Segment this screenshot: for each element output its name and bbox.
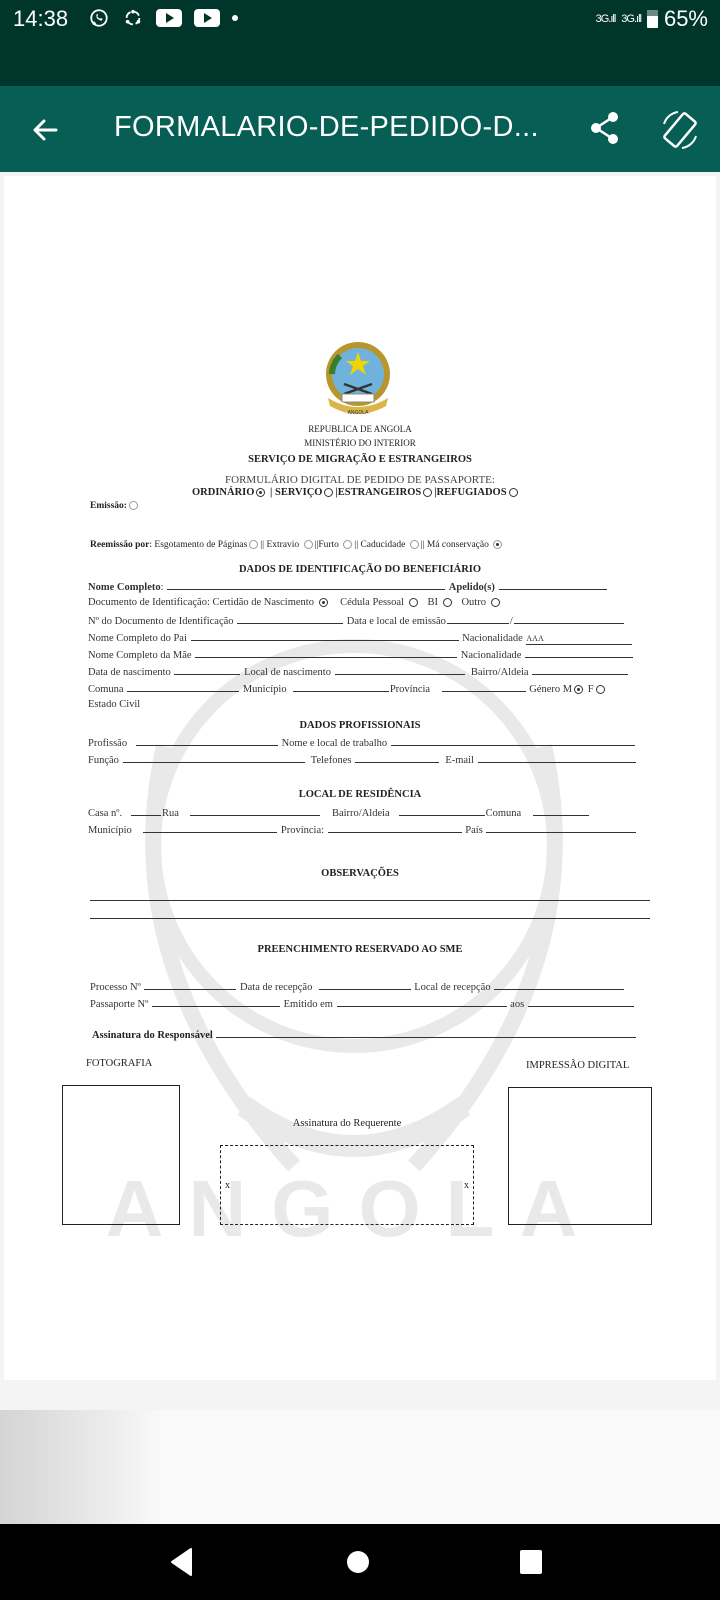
passport-type-row: ORDINÁRIO | SERVIÇO|ESTRANGEIROS|REFUGIA… [192,487,520,498]
status-bar: 14:38 3G.ıll 3G.ıll 65% [0,0,720,86]
youtube-icon [156,9,182,27]
reemission-row: Reemissão por: Esgotamento de Páginas|| … [90,540,504,550]
sync-icon [122,8,144,28]
workplace-label: Nome e local de trabalho [282,738,388,749]
birth-row: Data de nascimento Local de nascimento B… [88,665,629,678]
viewer-bottom-area [0,1410,720,1524]
civil-status-label: Estado Civil [88,699,140,710]
youtube-icon [194,9,220,27]
res-bairro-label: Bairro/Aldeia [332,808,390,819]
app-bar: FORMALARIO-DE-PEDIDO-D... [0,86,720,172]
signature-marker-left: x [225,1180,230,1191]
emission-row: Emissão: [90,501,140,511]
issued-in-field[interactable] [337,997,507,1007]
reemission-label: Reemissão por [90,540,149,550]
street-label: Rua [162,808,179,819]
res-comuna-label: Comuna [486,808,522,819]
on-label: aos [510,999,524,1010]
applicant-signature-box[interactable]: x x [220,1145,474,1225]
fingerprint-box[interactable] [508,1087,652,1225]
comuna-field[interactable] [127,682,239,692]
mother-field[interactable] [195,648,457,658]
observations-line-1[interactable] [90,900,650,901]
comuna-label: Comuna [88,684,124,695]
radio-gender-f[interactable] [596,685,605,694]
radio-ma-conservacao[interactable] [493,540,502,549]
ministry-heading: MINISTÉRIO DO INTERIOR [4,438,716,448]
back-triangle-icon[interactable] [168,1546,196,1578]
reception-place-field[interactable] [494,980,624,990]
nationality-label: Nacionalidade [462,633,523,644]
comuna-row: Comuna Município Província Género M F [88,682,607,695]
father-field[interactable] [191,631,459,641]
radio-furto[interactable] [343,540,352,549]
signature-marker-right: x [464,1180,469,1191]
radio-extravio[interactable] [304,540,313,549]
house-field[interactable] [131,806,161,816]
radio-emission[interactable] [129,501,138,510]
reception-place-label: Local de recepção [414,982,490,993]
bairro-label: Bairro/Aldeia [471,667,529,678]
gender-m-label: M [563,684,572,695]
email-field[interactable] [478,753,636,763]
passport-no-field[interactable] [152,997,280,1007]
applicant-signature-label: Assinatura do Requerente [220,1118,474,1129]
status-right: 3G.ıll 3G.ıll 65% [596,6,708,32]
notification-icons [88,8,238,28]
address-row: Casa nº. Rua Bairro/Aldeia Comuna [88,806,590,819]
gender-f-label: F [588,684,594,695]
father-label: Nome Completo do Pai [88,633,187,644]
profession-label: Profissão [88,738,127,749]
responsible-signature-label: Assinatura do Responsável [92,1030,213,1041]
nationality-label: Nacionalidade [461,650,522,661]
battery-icon [647,10,658,28]
on-field[interactable] [528,997,634,1007]
id-number-field[interactable] [237,614,343,624]
service-heading: SERVIÇO DE MIGRAÇÃO E ESTRANGEIROS [4,454,716,465]
radio-refugiados[interactable] [509,488,518,497]
observations-line-2[interactable] [90,918,650,919]
radio-estrangeiros[interactable] [423,488,432,497]
res-municipio-label: Município [88,825,132,836]
full-name-label: Nome Completo [88,582,161,593]
angola-emblem-icon: ANGOLA [320,338,396,422]
res-provincia-field[interactable] [328,823,462,833]
birth-place-field[interactable] [335,665,465,675]
function-label: Função [88,755,119,766]
pdf-viewer[interactable]: ANGOLA ANGOLA REPUBLICA DE ANGOLA MINIST… [0,172,720,1410]
surname-label: Apelido(s) [449,582,495,593]
pdf-page[interactable]: ANGOLA ANGOLA REPUBLICA DE ANGOLA MINIST… [4,176,716,1380]
phones-label: Telefones [311,755,352,766]
home-circle-icon[interactable] [346,1546,370,1578]
reception-date-field[interactable] [319,980,411,990]
passport-type-refugiados: |REFUGIADOS [434,487,506,498]
birth-place-label: Local de nascimento [244,667,331,678]
radio-birth-certificate[interactable] [319,598,328,607]
radio-cedula[interactable] [409,598,418,607]
profession-row: Profissão Nome e local de trabalho [88,736,636,749]
reception-date-label: Data de recepção [240,982,312,993]
recents-square-icon[interactable] [518,1546,544,1578]
country-field[interactable] [486,823,636,833]
process-field[interactable] [144,980,236,990]
radio-caducidade[interactable] [410,540,419,549]
mother-label: Nome Completo da Mãe [88,650,192,661]
father-row: Nome Completo do Pai Nacionalidade AAA [88,631,633,645]
id-document-row: Documento de Identificação: Certidão de … [88,597,502,608]
section-reserved: PREENCHIMENTO RESERVADO AO SME [4,944,716,955]
fingerprint-label: IMPRESSÃO DIGITAL [526,1060,629,1071]
id-doc-label: Documento de Identificação: Certidão de … [88,597,314,608]
reemission-option-label: || Caducidade [354,540,405,550]
mother-row: Nome Completo da Mãe Nacionalidade [88,648,634,661]
id-option-label: Outro [461,597,486,608]
radio-bi[interactable] [443,598,452,607]
full-name-field[interactable] [167,580,445,590]
reemission-option-label: Esgotamento de Páginas [154,540,247,550]
radio-outro[interactable] [491,598,500,607]
function-row: Função Telefones E-mail [88,753,637,766]
passport-no-label: Passaporte Nº [90,999,148,1010]
status-time: 14:38 [13,6,68,32]
profession-field[interactable] [136,736,278,746]
svg-text:ANGOLA: ANGOLA [348,410,370,416]
id-option-label: BI [427,597,438,608]
address-row-2: Município Província: País [88,823,637,836]
form-title: FORMULÁRIO DIGITAL DE PEDIDO DE PASSAPOR… [4,474,716,486]
email-label: E-mail [445,755,474,766]
emission-label: Emissão: [90,501,127,511]
provincia-label: Província [390,684,430,695]
process-row: Processo Nº Data de recepção Local de re… [90,980,625,993]
bairro-field[interactable] [532,665,628,675]
republic-heading: REPUBLICA DE ANGOLA [4,424,716,434]
id-number-label: Nº do Documento de Identificação [88,616,234,627]
gender-label: Género [529,684,560,695]
father-nationality-value: AAA [526,634,543,643]
mother-nationality-field[interactable] [525,648,633,658]
share-icon[interactable] [585,108,625,148]
photo-box[interactable] [62,1085,180,1225]
document-title: FORMALARIO-DE-PEDIDO-D... [114,111,539,144]
more-notifications-dot-icon [232,15,238,21]
section-observations: OBSERVAÇÕES [4,868,716,879]
country-label: País [465,825,483,836]
birth-date-field[interactable] [174,665,240,675]
radio-gender-m[interactable] [574,685,583,694]
provincia-field[interactable] [442,682,526,692]
house-label: Casa nº. [88,808,122,819]
municipio-label: Município [243,684,287,695]
issue-place-field[interactable] [514,614,624,624]
radio-ordinario[interactable] [256,488,265,497]
full-name-row: Nome Completo: Apelido(s) [88,580,608,593]
radio-esgotamento[interactable] [249,540,258,549]
res-municipio-field[interactable] [143,823,277,833]
surname-field[interactable] [499,580,607,590]
id-number-row: Nº do Documento de Identificação Data e … [88,614,625,627]
section-identification: DADOS DE IDENTIFICAÇÃO DO BENEFICIÁRIO [4,564,716,575]
issue-date-field[interactable] [447,614,509,624]
phones-field[interactable] [355,753,439,763]
navigation-bar [0,1524,720,1600]
civil-status-row: Estado Civil [88,699,140,710]
reemission-option-label: || Má conservação [421,540,489,550]
responsible-signature-field[interactable] [216,1028,636,1038]
arrow-left-icon[interactable] [26,110,66,150]
reemission-option-label: || Extravio [260,540,299,550]
res-bairro-field[interactable] [399,806,485,816]
section-residence: LOCAL DE RESIDÊNCIA [4,789,716,800]
screen-rotation-icon[interactable] [658,108,702,152]
function-field[interactable] [123,753,305,763]
passport-type-ordinario: ORDINÁRIO [192,487,254,498]
street-field[interactable] [190,806,320,816]
signal-icon-2: 3G.ıll [621,13,641,25]
responsible-signature-row: Assinatura do Responsável [92,1028,637,1041]
section-professional: DADOS PROFISSIONAIS [4,720,716,731]
issue-label: Data e local de emissão [347,616,446,627]
whatsapp-icon [88,8,110,28]
municipio-field[interactable] [293,682,389,692]
reemission-option-label: ||Furto [315,540,339,550]
photo-label: FOTOGRAFIA [86,1058,152,1069]
process-label: Processo Nº [90,982,141,993]
id-option-label: Cédula Pessoal [340,597,404,608]
passport-row: Passaporte Nº Emitido em aos [90,997,635,1010]
father-nationality-field[interactable]: AAA [526,635,632,645]
workplace-field[interactable] [391,736,635,746]
battery-percent: 65% [664,6,708,32]
res-comuna-field[interactable] [533,806,589,816]
passport-type-estrangeiros: |ESTRANGEIROS [335,487,421,498]
issued-in-label: Emitido em [284,999,333,1010]
passport-type-servico: | SERVIÇO [270,487,322,498]
birth-date-label: Data de nascimento [88,667,171,678]
radio-servico[interactable] [324,488,333,497]
res-provincia-label: Província: [281,825,324,836]
signal-icon: 3G.ıll [596,13,616,25]
